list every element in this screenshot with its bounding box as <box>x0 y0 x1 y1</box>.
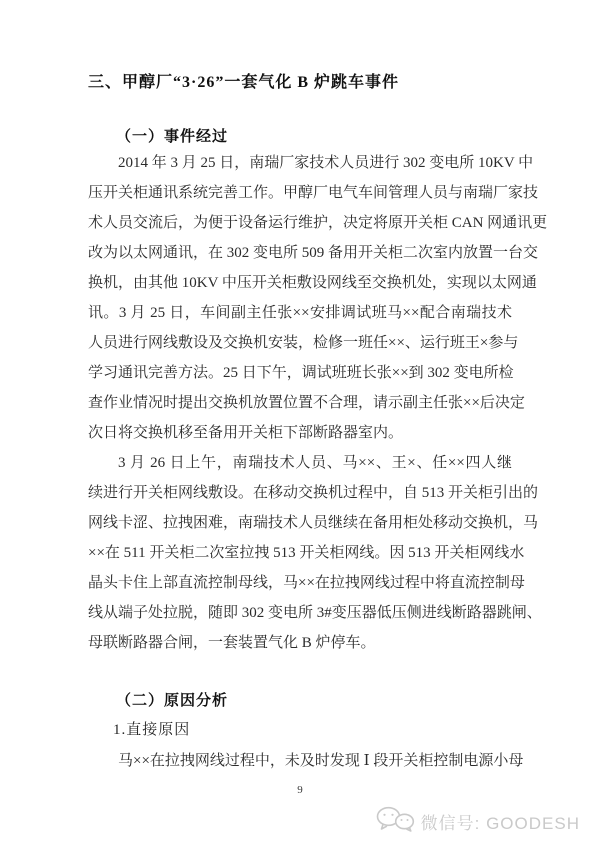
paragraph: 2014 年 3 月 25 日，南瑞厂家技术人员进行 302 变电所 10KV … <box>88 148 512 448</box>
paragraph-line: 2014 年 3 月 25 日，南瑞厂家技术人员进行 302 变电所 10KV … <box>88 148 512 178</box>
paragraph-line: 改为以太网通讯，在 302 变电所 509 备用开关柜二次室内放置一台交 <box>88 238 512 268</box>
paragraph-line: ××在 511 开关柜二次室拉拽 513 开关柜网线。因 513 开关柜网线水 <box>88 538 512 568</box>
section-heading: （一）事件经过 <box>116 126 228 148</box>
wechat-icon <box>375 806 415 837</box>
paragraph-line: 马××在拉拽网线过程中，未及时发现 Ⅰ 段开关柜控制电源小母 <box>88 746 512 776</box>
paragraph-line: 线从端子处拉脱，随即 302 变电所 3#变压器低压侧进线断路器跳闸、 <box>88 598 512 628</box>
paragraph-line: 次日将交换机移至备用开关柜下部断路器室内。 <box>88 418 512 448</box>
paragraph-line: 讯。3 月 25 日，车间副主任张××安排调试班马××配合南瑞技术 <box>88 298 512 328</box>
paragraph-line: 续进行开关柜网线敷设。在移动交换机过程中，自 513 开关柜引出的 <box>88 478 512 508</box>
watermark-text: 微信号: GOODESH <box>421 809 580 834</box>
paragraph-line: 晶头卡住上部直流控制母线，马××在拉拽网线过程中将直流控制母 <box>88 568 512 598</box>
paragraph-line: 人员进行网线敷设及交换机安装，检修一班任××、运行班王×参与 <box>88 328 512 358</box>
page-number: 9 <box>0 784 600 796</box>
document-title: 三、甲醇厂“3·26”一套气化 B 炉跳车事件 <box>88 72 528 94</box>
paragraph: 3 月 26 日上午，南瑞技术人员、马××、王×、任××四人继续进行开关柜网线敷… <box>88 448 512 658</box>
paragraph-line: 网线卡涩、拉拽困难，南瑞技术人员继续在备用柜处移动交换机，马 <box>88 508 512 538</box>
document-page: 三、甲醇厂“3·26”一套气化 B 炉跳车事件 （一）事件经过2014 年 3 … <box>0 0 600 848</box>
paragraph-line: 查作业情况时提出交换机放置位置不合理，请示副主任张××后决定 <box>88 388 512 418</box>
paragraph-line: 3 月 26 日上午，南瑞技术人员、马××、王×、任××四人继 <box>88 448 512 478</box>
section-heading: （二）原因分析 <box>116 690 228 712</box>
paragraph: 马××在拉拽网线过程中，未及时发现 Ⅰ 段开关柜控制电源小母 <box>88 746 512 776</box>
paragraph-line: 压开关柜通讯系统完善工作。甲醇厂电气车间管理人员与南瑞厂家技 <box>88 178 512 208</box>
section-heading: 1.直接原因 <box>113 719 190 741</box>
paragraph-line: 学习通讯完善方法。25 日下午，调试班班长张××到 302 变电所检 <box>88 358 512 388</box>
paragraph-line: 换机，由其他 10KV 中压开关柜敷设网线至交换机处，实现以太网通 <box>88 268 512 298</box>
paragraph-line: 术人员交流后，为便于设备运行维护，决定将原开关柜 CAN 网通讯更 <box>88 208 512 238</box>
paragraph-line: 母联断路器合闸，一套装置气化 B 炉停车。 <box>88 628 512 658</box>
watermark: 微信号: GOODESH <box>375 806 580 837</box>
